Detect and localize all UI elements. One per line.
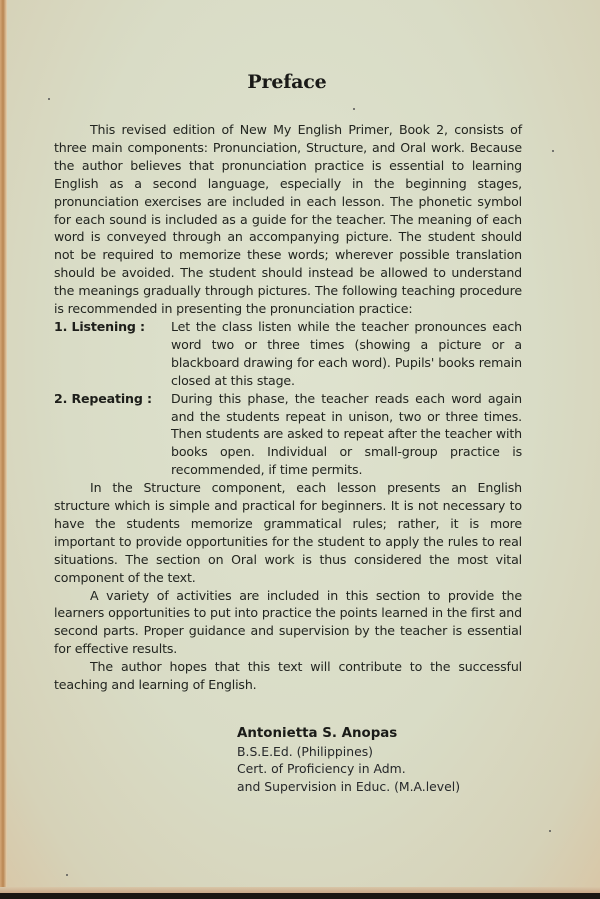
author-credential: Cert. of Proficiency in Adm. bbox=[237, 760, 460, 778]
intro-paragraph: This revised edition of New My English P… bbox=[54, 121, 522, 318]
paper-speck bbox=[549, 830, 551, 832]
procedure-text: During this phase, the teacher reads eac… bbox=[171, 390, 522, 480]
paper-speck bbox=[353, 108, 355, 110]
activities-paragraph: A variety of activities are included in … bbox=[54, 587, 522, 659]
paper-speck bbox=[66, 874, 68, 876]
paper-speck bbox=[552, 150, 554, 152]
author-name: Antonietta S. Anopas bbox=[237, 725, 460, 743]
procedure-item-listening: 1. Listening : Let the class listen whil… bbox=[54, 318, 522, 390]
page-spine-edge bbox=[0, 0, 7, 893]
author-credential: and Supervision in Educ. (M.A.level) bbox=[237, 778, 460, 796]
procedure-item-repeating: 2. Repeating : During this phase, the te… bbox=[54, 390, 522, 480]
teaching-procedure-list: 1. Listening : Let the class listen whil… bbox=[54, 318, 522, 479]
procedure-text: Let the class listen while the teacher p… bbox=[171, 318, 522, 390]
procedure-label: 1. Listening : bbox=[54, 318, 171, 390]
procedure-label: 2. Repeating : bbox=[54, 390, 171, 480]
author-signature: Antonietta S. Anopas B.S.E.Ed. (Philippi… bbox=[237, 725, 460, 795]
paper-speck bbox=[48, 98, 50, 100]
closing-paragraph: The author hopes that this text will con… bbox=[54, 658, 522, 694]
structure-paragraph: In the Structure component, each lesson … bbox=[54, 479, 522, 586]
author-credential: B.S.E.Ed. (Philippines) bbox=[237, 743, 460, 761]
preface-body: This revised edition of New My English P… bbox=[54, 121, 522, 694]
page-title: Preface bbox=[0, 71, 574, 93]
book-page: Preface This revised edition of New My E… bbox=[0, 0, 600, 893]
page-bottom-edge bbox=[0, 887, 600, 893]
